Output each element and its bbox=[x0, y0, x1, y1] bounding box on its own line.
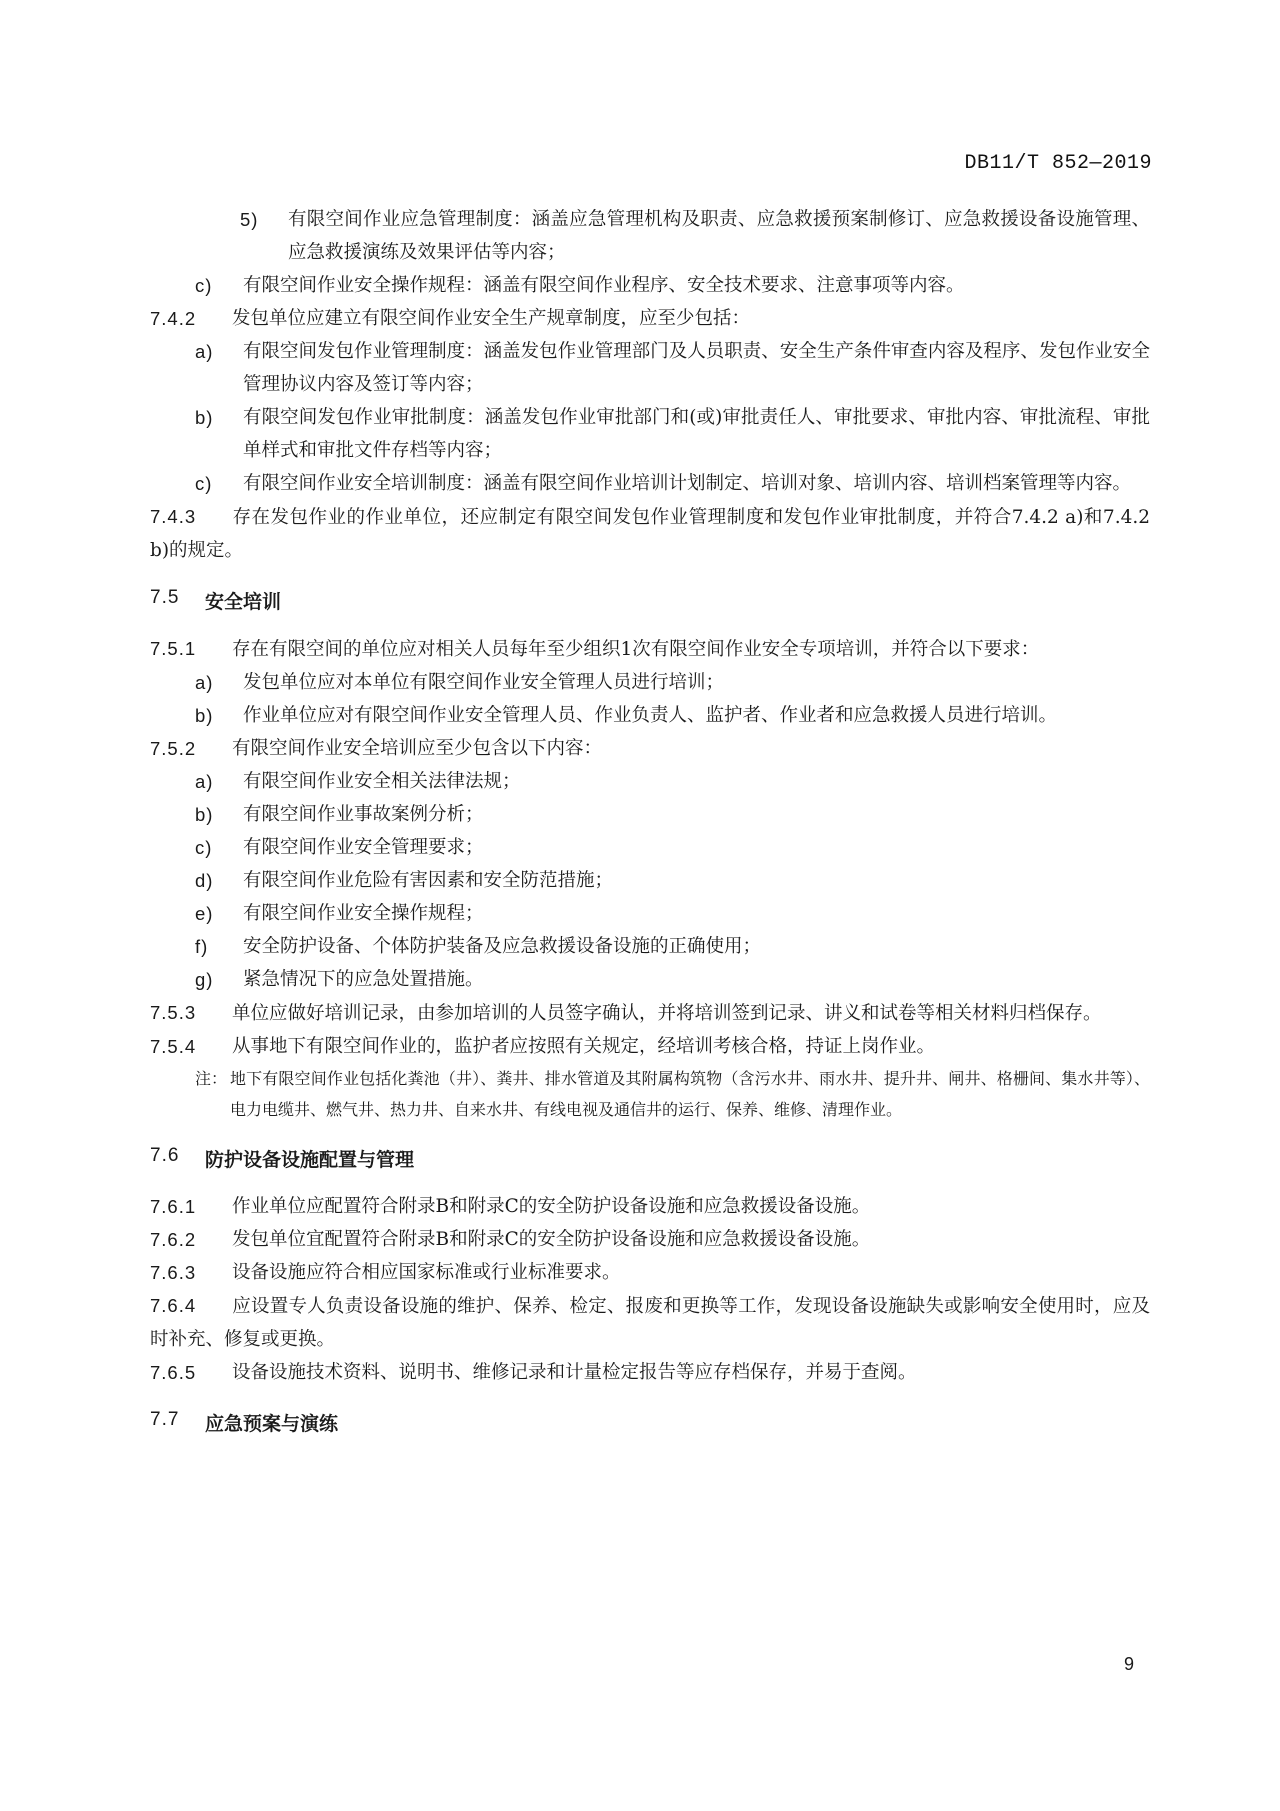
clause-text: 设备设施技术资料、说明书、维修记录和计量检定报告等应存档保存，并易于查阅。 bbox=[232, 1356, 1150, 1389]
list-item: a) 发包单位应对本单位有限空间作业安全管理人员进行培训； bbox=[150, 666, 1150, 699]
clause-number: 7.5.2 bbox=[150, 732, 232, 765]
list-item: b) 有限空间作业事故案例分析； bbox=[150, 798, 1150, 831]
clause-text: 从事地下有限空间作业的，监护者应按照有关规定，经培训考核合格，持证上岗作业。 bbox=[232, 1030, 1150, 1063]
item-letter: g) bbox=[195, 963, 243, 996]
section-heading-7-5: 7.5 安全培训 bbox=[150, 587, 1150, 614]
standard-code-header: DB11/T 852—2019 bbox=[964, 152, 1152, 175]
item-letter: b) bbox=[195, 798, 243, 831]
list-item: c) 有限空间作业安全操作规程：涵盖有限空间作业程序、安全技术要求、注意事项等内… bbox=[150, 269, 1150, 302]
list-item: f) 安全防护设备、个体防护装备及应急救援设备设施的正确使用； bbox=[150, 930, 1150, 963]
item-letter: f) bbox=[195, 930, 243, 963]
clause-text: 单位应做好培训记录，由参加培训的人员签字确认，并将培训签到记录、讲义和试卷等相关… bbox=[232, 1003, 1102, 1024]
clause-7-6-3: 7.6.3 设备设施应符合相应国家标准或行业标准要求。 bbox=[150, 1256, 1150, 1289]
item-letter: a) bbox=[195, 335, 243, 368]
clause-7-5-1: 7.5.1存在有限空间的单位应对相关人员每年至少组织1次有限空间作业安全专项培训… bbox=[150, 632, 1150, 666]
item-text: 有限空间作业安全培训制度：涵盖有限空间作业培训计划制定、培训对象、培训内容、培训… bbox=[243, 467, 1150, 500]
clause-7-4-3: 7.4.3存在发包作业的作业单位，还应制定有限空间发包作业管理制度和发包作业审批… bbox=[150, 500, 1150, 567]
item-text: 有限空间作业安全操作规程； bbox=[243, 897, 1150, 930]
item-letter: b) bbox=[195, 401, 243, 434]
clause-7-5-2: 7.5.2 有限空间作业安全培训应至少包含以下内容： bbox=[150, 732, 1150, 765]
clause-number: 7.6.1 bbox=[150, 1190, 232, 1223]
item-text: 有限空间作业应急管理制度：涵盖应急管理机构及职责、应急救援预案制修订、应急救援设… bbox=[288, 203, 1150, 269]
section-number: 7.5 bbox=[150, 587, 205, 609]
item-letter: c) bbox=[195, 269, 243, 302]
clause-7-6-1: 7.6.1 作业单位应配置符合附录B和附录C的安全防护设备设施和应急救援设备设施… bbox=[150, 1190, 1150, 1223]
list-item: c) 有限空间作业安全管理要求； bbox=[150, 831, 1150, 864]
item-text: 有限空间作业安全操作规程：涵盖有限空间作业程序、安全技术要求、注意事项等内容。 bbox=[243, 269, 1150, 302]
clause-number: 7.4.2 bbox=[150, 302, 232, 335]
clause-7-5-3: 7.5.3单位应做好培训记录，由参加培训的人员签字确认，并将培训签到记录、讲义和… bbox=[150, 996, 1150, 1030]
clause-7-6-2: 7.6.2 发包单位宜配置符合附录B和附录C的安全防护设备设施和应急救援设备设施… bbox=[150, 1223, 1150, 1256]
item-text: 作业单位应对有限空间作业安全管理人员、作业负责人、监护者、作业者和应急救援人员进… bbox=[243, 699, 1150, 732]
item-letter: c) bbox=[195, 467, 243, 500]
item-letter: c) bbox=[195, 831, 243, 864]
list-item: d) 有限空间作业危险有害因素和安全防范措施； bbox=[150, 864, 1150, 897]
item-letter: e) bbox=[195, 897, 243, 930]
document-page: DB11/T 852—2019 5) 有限空间作业应急管理制度：涵盖应急管理机构… bbox=[0, 0, 1280, 1811]
clause-number: 7.6.4 bbox=[150, 1289, 232, 1322]
item-text: 有限空间作业事故案例分析； bbox=[243, 798, 1150, 831]
section-number: 7.6 bbox=[150, 1145, 205, 1167]
list-item: e) 有限空间作业安全操作规程； bbox=[150, 897, 1150, 930]
list-item: c) 有限空间作业安全培训制度：涵盖有限空间作业培训计划制定、培训对象、培训内容… bbox=[150, 467, 1150, 500]
clause-7-6-5: 7.6.5 设备设施技术资料、说明书、维修记录和计量检定报告等应存档保存，并易于… bbox=[150, 1356, 1150, 1389]
clause-number: 7.6.5 bbox=[150, 1356, 232, 1389]
section-title: 应急预案与演练 bbox=[205, 1409, 338, 1436]
clause-text: 作业单位应配置符合附录B和附录C的安全防护设备设施和应急救援设备设施。 bbox=[232, 1190, 1150, 1223]
item-text: 有限空间作业危险有害因素和安全防范措施； bbox=[243, 864, 1150, 897]
item-text: 有限空间作业安全管理要求； bbox=[243, 831, 1150, 864]
clause-number: 7.5.1 bbox=[150, 632, 232, 665]
list-item: a) 有限空间作业安全相关法律法规； bbox=[150, 765, 1150, 798]
item-text: 有限空间发包作业审批制度：涵盖发包作业审批部门和(或)审批责任人、审批要求、审批… bbox=[243, 401, 1150, 467]
clause-number: 7.5.4 bbox=[150, 1030, 232, 1063]
section-title: 安全培训 bbox=[205, 587, 281, 614]
clause-text: 存在发包作业的作业单位，还应制定有限空间发包作业管理制度和发包作业审批制度，并符… bbox=[150, 507, 1150, 561]
clause-7-6-4: 7.6.4应设置专人负责设备设施的维护、保养、检定、报废和更换等工作，发现设备设… bbox=[150, 1289, 1150, 1356]
clause-text: 发包单位宜配置符合附录B和附录C的安全防护设备设施和应急救援设备设施。 bbox=[232, 1223, 1150, 1256]
note-label: 注： bbox=[195, 1063, 230, 1094]
item-letter: a) bbox=[195, 666, 243, 699]
list-item: b) 有限空间发包作业审批制度：涵盖发包作业审批部门和(或)审批责任人、审批要求… bbox=[150, 401, 1150, 467]
clause-text: 发包单位应建立有限空间作业安全生产规章制度，应至少包括： bbox=[232, 302, 1150, 335]
nested-list-item: 5) 有限空间作业应急管理制度：涵盖应急管理机构及职责、应急救援预案制修订、应急… bbox=[150, 203, 1150, 269]
list-item: g) 紧急情况下的应急处置措施。 bbox=[150, 963, 1150, 996]
list-item: a) 有限空间发包作业管理制度：涵盖发包作业管理部门及人员职责、安全生产条件审查… bbox=[150, 335, 1150, 401]
clause-7-4-2: 7.4.2 发包单位应建立有限空间作业安全生产规章制度，应至少包括： bbox=[150, 302, 1150, 335]
clause-text: 设备设施应符合相应国家标准或行业标准要求。 bbox=[232, 1256, 1150, 1289]
clause-text: 有限空间作业安全培训应至少包含以下内容： bbox=[232, 732, 1150, 765]
item-letter: b) bbox=[195, 699, 243, 732]
list-item: b) 作业单位应对有限空间作业安全管理人员、作业负责人、监护者、作业者和应急救援… bbox=[150, 699, 1150, 732]
clause-7-5-4: 7.5.4 从事地下有限空间作业的，监护者应按照有关规定，经培训考核合格，持证上… bbox=[150, 1030, 1150, 1063]
clause-number: 7.4.3 bbox=[150, 500, 232, 533]
page-number: 9 bbox=[1124, 1654, 1134, 1675]
note: 注： 地下有限空间作业包括化粪池（井）、粪井、排水管道及其附属构筑物（含污水井、… bbox=[150, 1063, 1150, 1125]
clause-number: 7.6.2 bbox=[150, 1223, 232, 1256]
document-body: 5) 有限空间作业应急管理制度：涵盖应急管理机构及职责、应急救援预案制修订、应急… bbox=[150, 203, 1150, 1454]
clause-number: 7.5.3 bbox=[150, 996, 232, 1029]
item-number: 5) bbox=[240, 203, 288, 236]
item-text: 紧急情况下的应急处置措施。 bbox=[243, 963, 1150, 996]
clause-text: 存在有限空间的单位应对相关人员每年至少组织1次有限空间作业安全专项培训，并符合以… bbox=[232, 639, 1039, 660]
section-number: 7.7 bbox=[150, 1409, 205, 1431]
section-title: 防护设备设施配置与管理 bbox=[205, 1145, 414, 1172]
clause-number: 7.6.3 bbox=[150, 1256, 232, 1289]
item-text: 发包单位应对本单位有限空间作业安全管理人员进行培训； bbox=[243, 666, 1150, 699]
section-heading-7-6: 7.6 防护设备设施配置与管理 bbox=[150, 1145, 1150, 1172]
item-text: 有限空间发包作业管理制度：涵盖发包作业管理部门及人员职责、安全生产条件审查内容及… bbox=[243, 335, 1150, 401]
item-letter: d) bbox=[195, 864, 243, 897]
item-text: 有限空间作业安全相关法律法规； bbox=[243, 765, 1150, 798]
clause-text: 应设置专人负责设备设施的维护、保养、检定、报废和更换等工作，发现设备设施缺失或影… bbox=[150, 1296, 1150, 1350]
item-text: 安全防护设备、个体防护装备及应急救援设备设施的正确使用； bbox=[243, 930, 1150, 963]
item-letter: a) bbox=[195, 765, 243, 798]
note-text: 地下有限空间作业包括化粪池（井）、粪井、排水管道及其附属构筑物（含污水井、雨水井… bbox=[230, 1063, 1150, 1125]
section-heading-7-7: 7.7 应急预案与演练 bbox=[150, 1409, 1150, 1436]
